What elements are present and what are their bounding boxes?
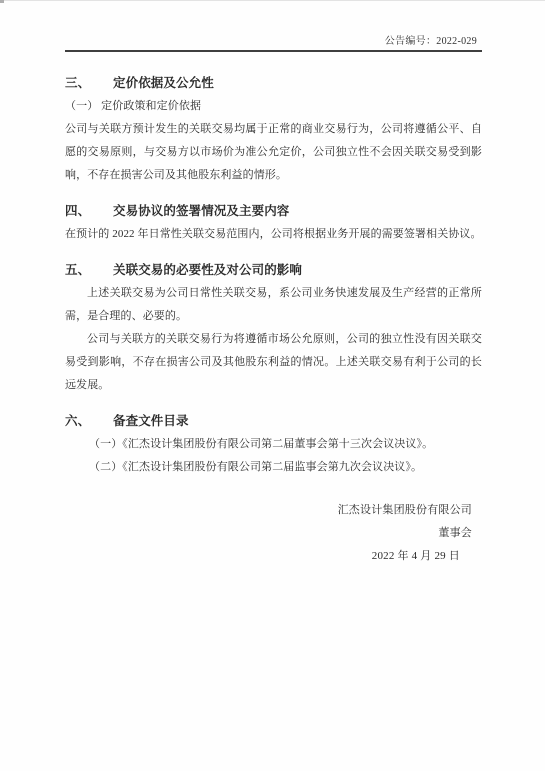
section-title: 交易协议的签署情况及主要内容 <box>113 204 289 218</box>
signature-block: 汇杰设计集团股份有限公司 董事会 2022 年 4 月 29 日 <box>65 499 482 568</box>
section-number: 三、 <box>65 72 113 95</box>
paragraph: 上述关联交易为公司日常性关联交易，系公司业务快速发展及生产经营的正常所需，是合理… <box>65 282 482 328</box>
list-item-supervisory-resolution: （二）《汇杰设计集团股份有限公司第二届监事会第九次会议决议》。 <box>65 456 482 479</box>
section-number: 四、 <box>65 200 113 223</box>
section-heading-agreement-signing: 四、交易协议的签署情况及主要内容 <box>65 200 482 223</box>
signature-board: 董事会 <box>65 522 482 545</box>
section-title: 定价依据及公允性 <box>113 76 214 90</box>
document-page: 公告编号：2022-029 三、定价依据及公允性 （一） 定价政策和定价依据 公… <box>0 0 545 771</box>
announcement-number: 公告编号：2022-029 <box>385 36 477 47</box>
paragraph: 公司与关联方的关联交易行为将遵循市场公允原则，公司的独立性没有因关联交易受到影响… <box>65 328 482 397</box>
subsection-heading-pricing-policy: （一） 定价政策和定价依据 <box>65 95 482 118</box>
section-heading-reference-documents: 六、备查文件目录 <box>65 410 482 433</box>
document-body: 三、定价依据及公允性 （一） 定价政策和定价依据 公司与关联方预计发生的关联交易… <box>65 72 482 479</box>
section-title: 关联交易的必要性及对公司的影响 <box>113 263 302 277</box>
paragraph: 公司与关联方预计发生的关联交易均属于正常的商业交易行为，公司将遵循公平、自愿的交… <box>65 118 482 187</box>
list-item-board-resolution: （一）《汇杰设计集团股份有限公司第二届董事会第十三次会议决议》。 <box>65 433 482 456</box>
doc-header: 公告编号：2022-029 <box>65 36 482 48</box>
header-divider-line <box>65 50 482 52</box>
scan-artifact-corner <box>0 0 4 3</box>
scan-artifact-top-edge <box>0 0 545 1</box>
section-title: 备查文件目录 <box>113 414 189 428</box>
signature-company: 汇杰设计集团股份有限公司 <box>65 499 482 522</box>
paragraph: 在预计的 2022 年日常性关联交易范围内，公司将根据业务开展的需要签署相关协议… <box>65 223 482 246</box>
section-heading-pricing-basis: 三、定价依据及公允性 <box>65 72 482 95</box>
section-number: 六、 <box>65 410 113 433</box>
section-number: 五、 <box>65 259 113 282</box>
section-heading-necessity-impact: 五、关联交易的必要性及对公司的影响 <box>65 259 482 282</box>
signature-date: 2022 年 4 月 29 日 <box>65 545 482 568</box>
